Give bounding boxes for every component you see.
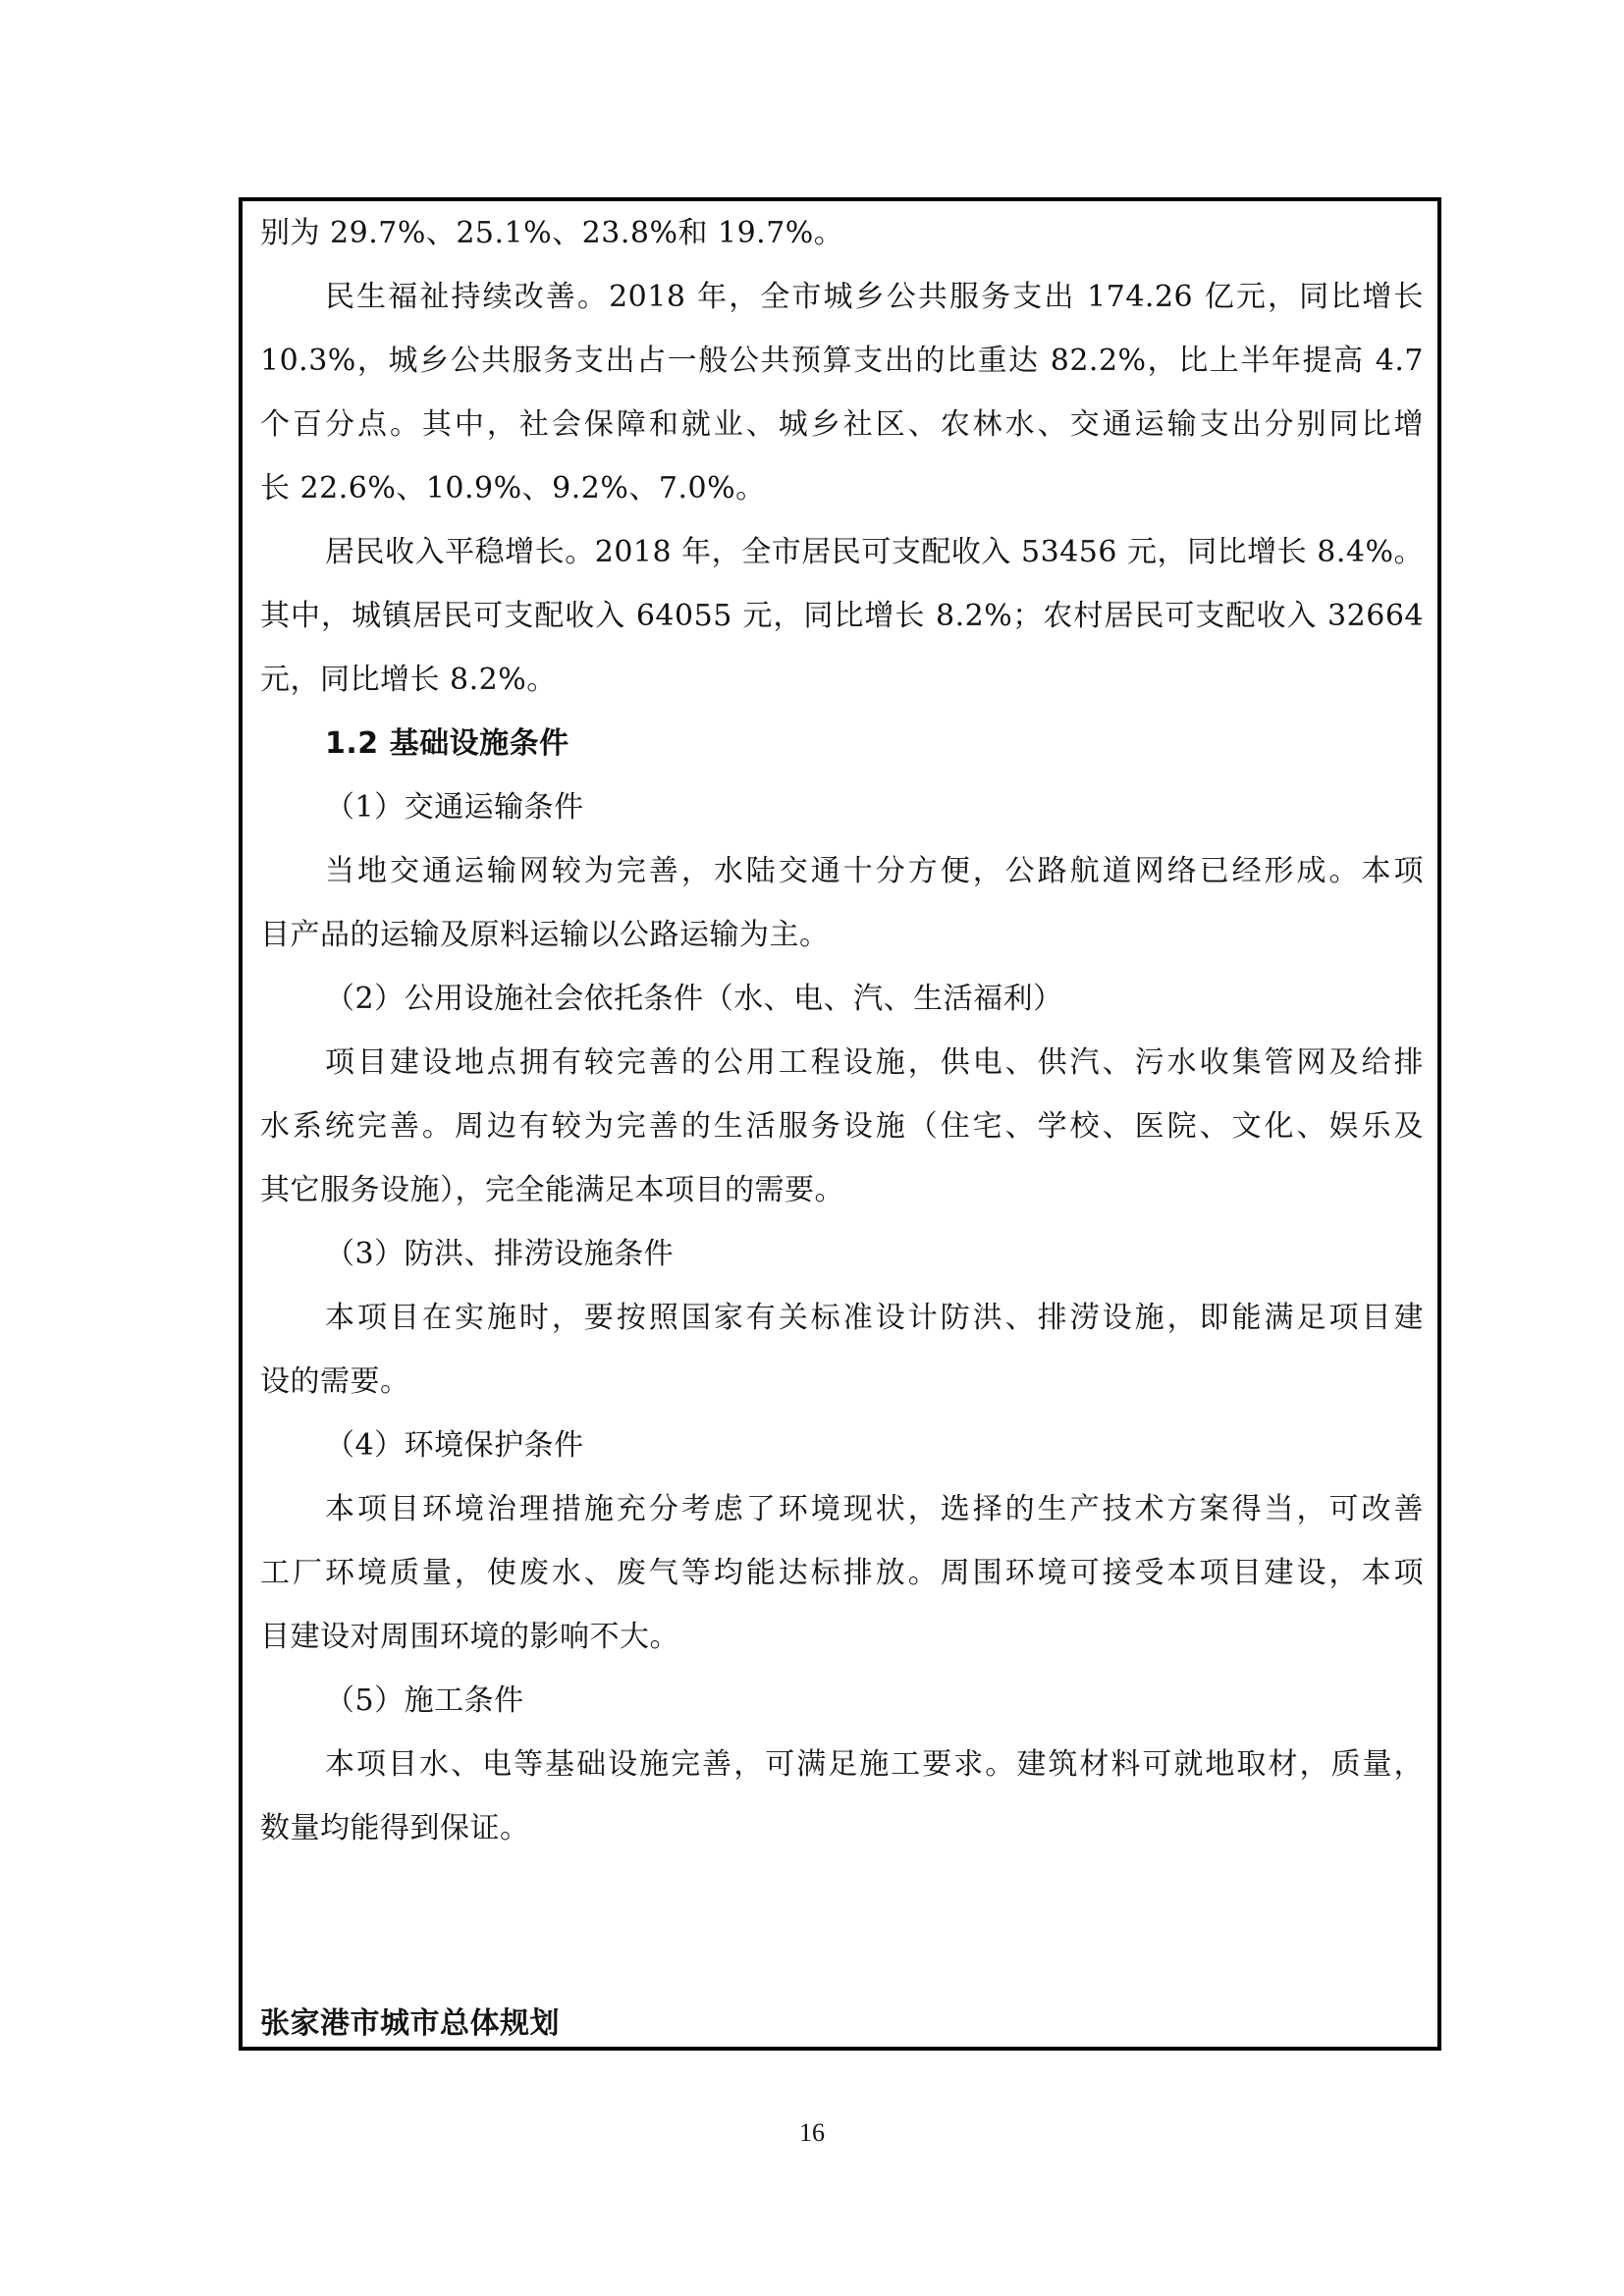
text-line: 水系统完善。周边有较为完善的生活服务设施（住宅、学校、医院、文化、娱乐及 bbox=[260, 1107, 1424, 1147]
text-line: 别为 29.7%、25.1%、23.8%和 19.7%。 bbox=[260, 214, 1424, 253]
content-frame: 别为 29.7%、25.1%、23.8%和 19.7%。民生福祉持续改善。201… bbox=[239, 197, 1441, 2051]
text-line: （2）公用设施社会依托条件（水、电、汽、生活福利） bbox=[325, 980, 1424, 1019]
text-line: （3）防洪、排涝设施条件 bbox=[325, 1235, 1424, 1274]
text-line: 元，同比增长 8.2%。 bbox=[260, 661, 1424, 700]
text-line: 居民收入平稳增长。2018 年，全市居民可支配收入 53456 元，同比增长 8… bbox=[325, 533, 1424, 572]
text-line: （1）交通运输条件 bbox=[325, 788, 1424, 828]
text-line: 其它服务设施），完全能满足本项目的需要。 bbox=[260, 1171, 1424, 1210]
text-line: 数量均能得到保证。 bbox=[260, 1809, 1424, 1848]
text-line: 本项目环境治理措施充分考虑了环境现状，选择的生产技术方案得当，可改善 bbox=[325, 1490, 1424, 1529]
section-heading: 1.2 基础设施条件 bbox=[325, 724, 1424, 764]
text-line: 其中，城镇居民可支配收入 64055 元，同比增长 8.2%；农村居民可支配收入… bbox=[260, 597, 1424, 636]
text-line: 本项目水、电等基础设施完善，可满足施工要求。建筑材料可就地取材，质量， bbox=[325, 1745, 1424, 1785]
text-line: 目产品的运输及原料运输以公路运输为主。 bbox=[260, 916, 1424, 955]
page-number: 16 bbox=[0, 2118, 1624, 2148]
text-line: 设的需要。 bbox=[260, 1362, 1424, 1402]
text-line: 民生福祉持续改善。2018 年，全市城乡公共服务支出 174.26 亿元，同比增… bbox=[325, 278, 1424, 317]
text-line: 项目建设地点拥有较完善的公用工程设施，供电、供汽、污水收集管网及给排 bbox=[325, 1043, 1424, 1083]
text-line: 10.3%，城乡公共服务支出占一般公共预算支出的比重达 82.2%，比上半年提高… bbox=[260, 342, 1424, 381]
section-heading-city-plan: 张家港市城市总体规划 bbox=[260, 2004, 1424, 2044]
text-line: 目建设对周围环境的影响不大。 bbox=[260, 1618, 1424, 1657]
text-line: 工厂环境质量，使废水、废气等均能达标排放。周围环境可接受本项目建设，本项 bbox=[260, 1554, 1424, 1593]
text-line: 长 22.6%、10.9%、9.2%、7.0%。 bbox=[260, 469, 1424, 508]
text-line: 当地交通运输网较为完善，水陆交通十分方便，公路航道网络已经形成。本项 bbox=[325, 852, 1424, 891]
text-line: （5）施工条件 bbox=[325, 1682, 1424, 1721]
text-line: 本项目在实施时，要按照国家有关标准设计防洪、排涝设施，即能满足项目建 bbox=[325, 1299, 1424, 1338]
text-line: （4）环境保护条件 bbox=[325, 1426, 1424, 1466]
text-line: 个百分点。其中，社会保障和就业、城乡社区、农林水、交通运输支出分别同比增 bbox=[260, 405, 1424, 445]
